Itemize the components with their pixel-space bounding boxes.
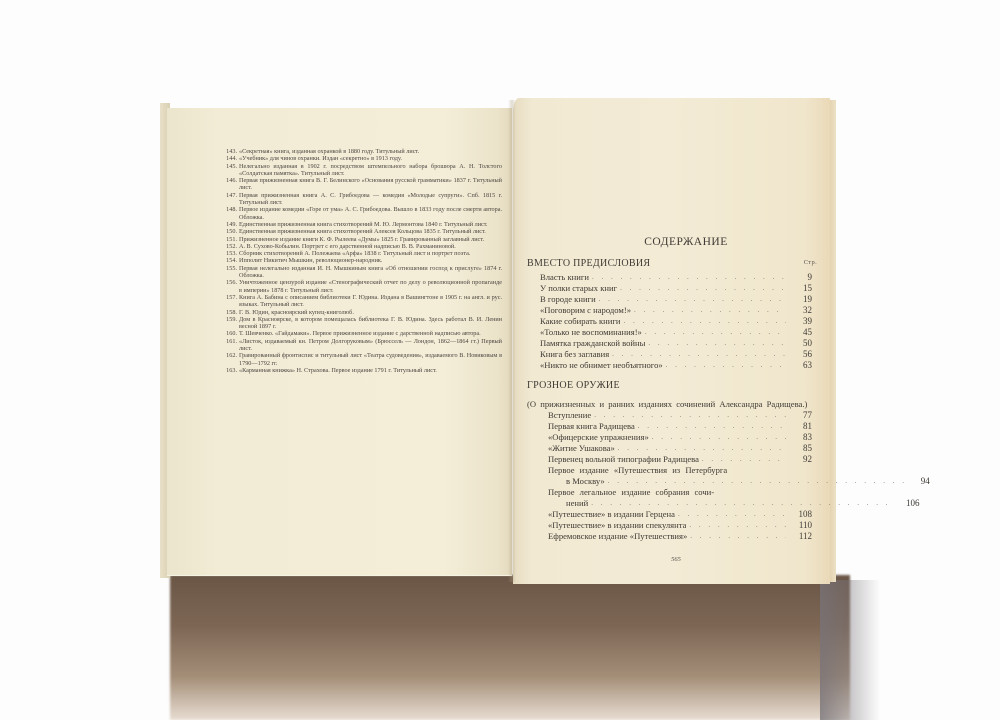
illustration-number: 154. bbox=[222, 257, 239, 264]
illustration-number: 156. bbox=[222, 279, 239, 294]
illustration-item: 146.Первая прижизненная книга В. Г. Бели… bbox=[222, 177, 502, 192]
toc-entry-page: 50 bbox=[786, 338, 812, 349]
illustration-number: 152. bbox=[222, 243, 239, 250]
toc-entry[interactable]: «Никто не обнимет необъятного». . . . . … bbox=[540, 360, 812, 371]
toc-entry-label: Первенец вольной типографии Радищева bbox=[548, 454, 699, 465]
toc-entry-page: 9 bbox=[786, 272, 812, 283]
toc-entry-page: 85 bbox=[786, 443, 812, 454]
toc-entry-page: 32 bbox=[786, 305, 812, 316]
toc-entry-label: Вступление bbox=[548, 410, 591, 421]
illustration-item: 144.«Учебник» для чинов охранки. Издан «… bbox=[222, 155, 502, 162]
illustration-list: 143.«Секретная» книга, изданная охранкой… bbox=[222, 148, 502, 374]
illustration-number: 161. bbox=[222, 338, 239, 353]
illustration-item: 159.Дом в Красноярске, в котором помещал… bbox=[222, 316, 502, 331]
section-gap bbox=[540, 371, 812, 380]
illustration-item: 156.Уничтоженное цензурой издание «Стено… bbox=[222, 279, 502, 294]
toc-section-heading: ВМЕСТО ПРЕДИСЛОВИЯСтр. bbox=[527, 258, 812, 272]
illustration-number: 145. bbox=[222, 163, 239, 178]
toc-entry-list: Вступление. . . . . . . . . . . . . . . … bbox=[540, 410, 812, 542]
toc-entry[interactable]: В городе книги. . . . . . . . . . . . . … bbox=[540, 294, 812, 305]
dot-leader: . . . . . . . . . . . . . . . . . . . . … bbox=[675, 509, 786, 520]
dot-leader: . . . . . . . . . . . . . . . . . . . . … bbox=[687, 531, 786, 542]
dot-leader: . . . . . . . . . . . . . . . . . . . . … bbox=[663, 360, 786, 371]
illustration-number: 159. bbox=[222, 316, 239, 331]
toc-entry-label: «Офицерские упражнения» bbox=[548, 432, 649, 443]
illustration-item: 150.Единственная прижизненная книга стих… bbox=[222, 228, 502, 235]
toc-entry-label: «Житие Ушакова» bbox=[548, 443, 615, 454]
illustration-number: 143. bbox=[222, 148, 239, 155]
section-note: (О прижизненных и ранних изданиях сочине… bbox=[527, 398, 812, 410]
illustration-item: 158.Г. В. Юдин, красноярский купец-книго… bbox=[222, 309, 502, 316]
illustration-item: 161.«Листок, издаваемый кн. Петром Долго… bbox=[222, 338, 502, 353]
book-shadow-right bbox=[820, 580, 880, 720]
toc-entry[interactable]: «Поговорим с народом!». . . . . . . . . … bbox=[540, 305, 812, 316]
illustration-number: 144. bbox=[222, 155, 239, 162]
toc-entry-page: 77 bbox=[786, 410, 812, 421]
dot-leader: . . . . . . . . . . . . . . . . . . . . … bbox=[605, 476, 904, 487]
toc-entry-label: Какие собирать книги bbox=[540, 316, 620, 327]
page-column-label: Стр. bbox=[804, 259, 817, 266]
illustration-caption: Ипполит Никитич Мышкин, революционер-нар… bbox=[239, 257, 502, 264]
illustration-item: 143.«Секретная» книга, изданная охранкой… bbox=[222, 148, 502, 155]
illustration-item: 163.«Карманная книжка» Н. Страхова. Перв… bbox=[222, 367, 502, 374]
toc-entry-label: «Путешествие» в издании Герцена bbox=[548, 509, 675, 520]
toc-entry[interactable]: «Житие Ушакова». . . . . . . . . . . . .… bbox=[548, 443, 812, 454]
toc-entry[interactable]: Памятка гражданской войны. . . . . . . .… bbox=[540, 338, 812, 349]
illustration-number: 155. bbox=[222, 265, 239, 280]
toc-entry[interactable]: Первое издание «Путешествия из Петербург… bbox=[548, 465, 812, 487]
toc-entry-page: 83 bbox=[786, 432, 812, 443]
illustration-caption: Т. Шевченко. «Гайдамаки». Первое прижизн… bbox=[239, 330, 502, 337]
illustration-item: 153.Сборник стихотворений А. Полежаева «… bbox=[222, 250, 502, 257]
toc-entry-label-continued: нений bbox=[566, 498, 588, 509]
illustration-item: 152.А. В. Сухово-Кобылин. Портрет с его … bbox=[222, 243, 502, 250]
dot-leader: . . . . . . . . . . . . . . . . . . . . … bbox=[591, 410, 786, 421]
toc-entry-label: Первая книга Радищева bbox=[548, 421, 635, 432]
dot-leader: . . . . . . . . . . . . . . . . . . . . … bbox=[699, 454, 786, 465]
illustration-item: 155.Первая нелегально изданная И. Н. Мыш… bbox=[222, 265, 502, 280]
illustration-caption: Книга А. Бабина с описанием библиотеки Г… bbox=[239, 294, 502, 309]
toc-entry[interactable]: Вступление. . . . . . . . . . . . . . . … bbox=[548, 410, 812, 421]
page-stack-edge bbox=[830, 100, 836, 582]
toc-entry-page: 110 bbox=[786, 520, 812, 531]
toc-entry-page: 15 bbox=[786, 283, 812, 294]
illustration-caption: «Учебник» для чинов охранки. Издан «секр… bbox=[239, 155, 502, 162]
toc-entry-page: 81 bbox=[786, 421, 812, 432]
table-of-contents: СОДЕРЖАНИЕ ВМЕСТО ПРЕДИСЛОВИЯСтр.Власть … bbox=[540, 236, 812, 542]
illustration-caption: Первая прижизненная книга А. С. Грибоедо… bbox=[239, 192, 502, 207]
illustration-caption: Единственная прижизненная книга стихотво… bbox=[239, 221, 502, 228]
dot-leader: . . . . . . . . . . . . . . . . . . . . … bbox=[617, 283, 786, 294]
toc-entry[interactable]: «Путешествие» в издании спекулянта. . . … bbox=[548, 520, 812, 531]
illustration-caption: «Секретная» книга, изданная охранкой в 1… bbox=[239, 148, 502, 155]
illustration-number: 160. bbox=[222, 330, 239, 337]
illustration-item: 157.Книга А. Бабина с описанием библиоте… bbox=[222, 294, 502, 309]
toc-entry-label: «Путешествие» в издании спекулянта bbox=[548, 520, 686, 531]
toc-title: СОДЕРЖАНИЕ bbox=[560, 236, 812, 248]
illustration-item: 162.Гравированный фронтиспис и титульный… bbox=[222, 352, 502, 367]
dot-leader: . . . . . . . . . . . . . . . . . . . . … bbox=[686, 520, 786, 531]
toc-entry[interactable]: «Только не воспоминания!». . . . . . . .… bbox=[540, 327, 812, 338]
illustration-caption: Прижизненное издание книги К. Ф. Рылеева… bbox=[239, 236, 502, 243]
toc-entry[interactable]: У полки старых книг. . . . . . . . . . .… bbox=[540, 283, 812, 294]
toc-entry-label: Ефремовское издание «Путешествия» bbox=[548, 531, 687, 542]
toc-entry-label: В городе книги bbox=[540, 294, 596, 305]
dot-leader: . . . . . . . . . . . . . . . . . . . . … bbox=[645, 338, 786, 349]
dot-leader: . . . . . . . . . . . . . . . . . . . . … bbox=[609, 349, 786, 360]
illustration-item: 149.Единственная прижизненная книга стих… bbox=[222, 221, 502, 228]
illustration-item: 151.Прижизненное издание книги К. Ф. Рыл… bbox=[222, 236, 502, 243]
illustration-item: 145.Нелегально изданная в 1902 г. посред… bbox=[222, 163, 502, 178]
toc-entry[interactable]: Книга без заглавия. . . . . . . . . . . … bbox=[540, 349, 812, 360]
toc-entry[interactable]: «Путешествие» в издании Герцена. . . . .… bbox=[548, 509, 812, 520]
toc-entry[interactable]: Первая книга Радищева. . . . . . . . . .… bbox=[548, 421, 812, 432]
section-heading-text: ВМЕСТО ПРЕДИСЛОВИЯ bbox=[527, 258, 650, 269]
toc-entry-label-continued: в Москву» bbox=[566, 476, 605, 487]
section-heading-text: ГРОЗНОЕ ОРУЖИЕ bbox=[527, 380, 620, 391]
illustration-item: 160.Т. Шевченко. «Гайдамаки». Первое при… bbox=[222, 330, 502, 337]
toc-entry[interactable]: Какие собирать книги. . . . . . . . . . … bbox=[540, 316, 812, 327]
dot-leader: . . . . . . . . . . . . . . . . . . . . … bbox=[620, 316, 786, 327]
illustration-number: 148. bbox=[222, 206, 239, 221]
toc-entry-label: Власть книги bbox=[540, 272, 589, 283]
illustration-number: 162. bbox=[222, 352, 239, 367]
toc-entry[interactable]: Первое легальное издание собрания сочи-н… bbox=[548, 487, 812, 509]
illustration-item: 147.Первая прижизненная книга А. С. Гриб… bbox=[222, 192, 502, 207]
toc-entry-label: Книга без заглавия bbox=[540, 349, 609, 360]
book-shadow bbox=[170, 575, 850, 720]
book-gutter bbox=[508, 100, 516, 582]
toc-entry-page: 112 bbox=[786, 531, 812, 542]
illustration-caption: «Листок, издаваемый кн. Петром Долгоруко… bbox=[239, 338, 502, 353]
toc-entry-label: Памятка гражданской войны bbox=[540, 338, 645, 349]
toc-entry[interactable]: Первенец вольной типографии Радищева. . … bbox=[548, 454, 812, 465]
toc-entry-label: Первое легальное издание собрания сочи- bbox=[548, 487, 893, 498]
toc-entry-label: Первое издание «Путешествия из Петербург… bbox=[548, 465, 904, 476]
toc-entry[interactable]: Ефремовское издание «Путешествия». . . .… bbox=[548, 531, 812, 542]
illustration-caption: Сборник стихотворений А. Полежаева «Арфа… bbox=[239, 250, 502, 257]
illustration-number: 151. bbox=[222, 236, 239, 243]
illustration-caption: Нелегально изданная в 1902 г. посредство… bbox=[239, 163, 502, 178]
toc-entry-page: 45 bbox=[786, 327, 812, 338]
toc-section-heading: ГРОЗНОЕ ОРУЖИЕ bbox=[527, 380, 812, 394]
toc-entry-page: 56 bbox=[786, 349, 812, 360]
dot-leader: . . . . . . . . . . . . . . . . . . . . … bbox=[589, 272, 786, 283]
illustration-number: 150. bbox=[222, 228, 239, 235]
page-number: 565 bbox=[540, 556, 812, 563]
illustration-item: 154.Ипполит Никитич Мышкин, революционер… bbox=[222, 257, 502, 264]
illustration-caption: «Карманная книжка» Н. Страхова. Первое и… bbox=[239, 367, 502, 374]
illustration-number: 146. bbox=[222, 177, 239, 192]
illustration-number: 158. bbox=[222, 309, 239, 316]
illustration-caption: Первая прижизненная книга В. Г. Белинско… bbox=[239, 177, 502, 192]
illustration-number: 147. bbox=[222, 192, 239, 207]
toc-entry-page: 108 bbox=[786, 509, 812, 520]
toc-entry-label: «Поговорим с народом!» bbox=[540, 305, 631, 316]
dot-leader: . . . . . . . . . . . . . . . . . . . . … bbox=[588, 498, 893, 509]
dot-leader: . . . . . . . . . . . . . . . . . . . . … bbox=[596, 294, 786, 305]
toc-entry-list: Власть книги. . . . . . . . . . . . . . … bbox=[540, 272, 812, 371]
dot-leader: . . . . . . . . . . . . . . . . . . . . … bbox=[635, 421, 786, 432]
illustration-caption: Первое издание комедии «Горе от ума» А. … bbox=[239, 206, 502, 221]
dot-leader: . . . . . . . . . . . . . . . . . . . . … bbox=[642, 327, 786, 338]
dot-leader: . . . . . . . . . . . . . . . . . . . . … bbox=[631, 305, 786, 316]
illustration-caption: А. В. Сухово-Кобылин. Портрет с его дарс… bbox=[239, 243, 502, 250]
toc-entry-page: 63 bbox=[786, 360, 812, 371]
toc-entry-label: «Никто не обнимет необъятного» bbox=[540, 360, 663, 371]
toc-sections: ВМЕСТО ПРЕДИСЛОВИЯСтр.Власть книги. . . … bbox=[540, 258, 812, 542]
toc-entry-page: 92 bbox=[786, 454, 812, 465]
illustration-item: 148.Первое издание комедии «Горе от ума»… bbox=[222, 206, 502, 221]
illustration-caption: Единственная прижизненная книга стихотво… bbox=[239, 228, 502, 235]
toc-entry[interactable]: «Офицерские упражнения». . . . . . . . .… bbox=[548, 432, 812, 443]
illustration-number: 149. bbox=[222, 221, 239, 228]
illustration-caption: Уничтоженное цензурой издание «Стенограф… bbox=[239, 279, 502, 294]
illustration-caption: Гравированный фронтиспис и титульный лис… bbox=[239, 352, 502, 367]
toc-entry-page: 39 bbox=[786, 316, 812, 327]
toc-entry-page: 19 bbox=[786, 294, 812, 305]
illustration-number: 163. bbox=[222, 367, 239, 374]
dot-leader: . . . . . . . . . . . . . . . . . . . . … bbox=[649, 432, 786, 443]
toc-entry-label: «Только не воспоминания!» bbox=[540, 327, 642, 338]
illustration-caption: Г. В. Юдин, красноярский купец-книголюб. bbox=[239, 309, 502, 316]
illustration-number: 157. bbox=[222, 294, 239, 309]
illustration-caption: Дом в Красноярске, в котором помещалась … bbox=[239, 316, 502, 331]
toc-entry-page: 94 bbox=[904, 476, 930, 487]
illustration-number: 153. bbox=[222, 250, 239, 257]
toc-entry[interactable]: Власть книги. . . . . . . . . . . . . . … bbox=[540, 272, 812, 283]
toc-entry-label: У полки старых книг bbox=[540, 283, 617, 294]
dot-leader: . . . . . . . . . . . . . . . . . . . . … bbox=[615, 443, 786, 454]
illustration-caption: Первая нелегально изданная И. Н. Мышкины… bbox=[239, 265, 502, 280]
toc-entry-page: 106 bbox=[893, 498, 919, 509]
